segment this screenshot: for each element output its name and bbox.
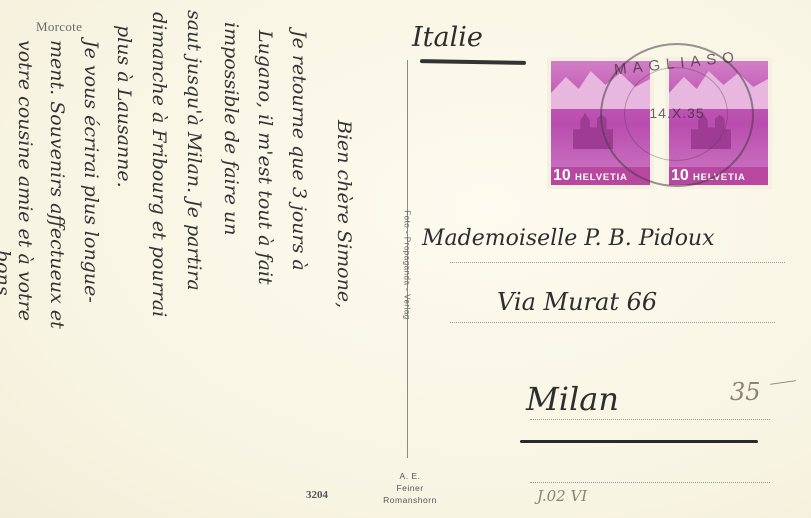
printed-location-title: Morcote bbox=[36, 19, 82, 35]
message-line: dimanche à Fribourg et pourrai bbox=[148, 12, 170, 317]
address-recipient: Mademoiselle P. B. Pidoux bbox=[422, 226, 715, 251]
postmark-date: 14.X.35 bbox=[602, 105, 752, 121]
stamp-country: HELVETIA bbox=[575, 172, 628, 183]
address-dotted-line bbox=[450, 262, 785, 263]
message-line: plus à Lausanne. bbox=[113, 25, 135, 188]
postmark-cancellation: MAGLIASO 14.X.35 bbox=[600, 43, 754, 187]
postcard-back: Morcote Bien chère Simone, Je retourne q… bbox=[0, 0, 811, 518]
stamp-value: 10 bbox=[553, 168, 571, 184]
address-dotted-line bbox=[530, 482, 770, 483]
pencil-code-note: J.02 VI bbox=[537, 487, 587, 505]
message-line: impossible de faire un bbox=[220, 22, 242, 236]
country-underline bbox=[420, 59, 526, 65]
message-line: ment. Souvenirs affectueux et bbox=[46, 40, 68, 329]
publisher-vertical-imprint: Foto - Propaganda - Verlag bbox=[397, 180, 417, 350]
message-line: saut jusqu'à Milan. Je partira bbox=[183, 10, 205, 291]
pencil-dash bbox=[770, 380, 796, 385]
address-street: Via Murat 66 bbox=[497, 288, 657, 316]
address-city: Milan bbox=[526, 380, 619, 418]
address-dotted-line bbox=[450, 322, 775, 323]
message-line: Je vous écrirai plus longue- bbox=[80, 40, 102, 303]
message-line: votre cousine amie et à votre bbox=[14, 40, 36, 321]
city-underline bbox=[520, 440, 758, 443]
message-greeting: Bien chère Simone, bbox=[333, 120, 355, 308]
destination-country: Italie bbox=[412, 22, 483, 53]
message-line: Je retourne que 3 jours à bbox=[288, 30, 310, 271]
pencil-price-note: 35 bbox=[730, 378, 761, 406]
address-dotted-line bbox=[530, 419, 770, 420]
message-line: bons ... bbox=[0, 250, 14, 320]
publisher-imprint: A. E. Feiner Romanshorn bbox=[370, 470, 450, 506]
message-line: Lugano, il m'est tout à fait bbox=[254, 30, 276, 285]
card-number: 3204 bbox=[306, 489, 328, 501]
